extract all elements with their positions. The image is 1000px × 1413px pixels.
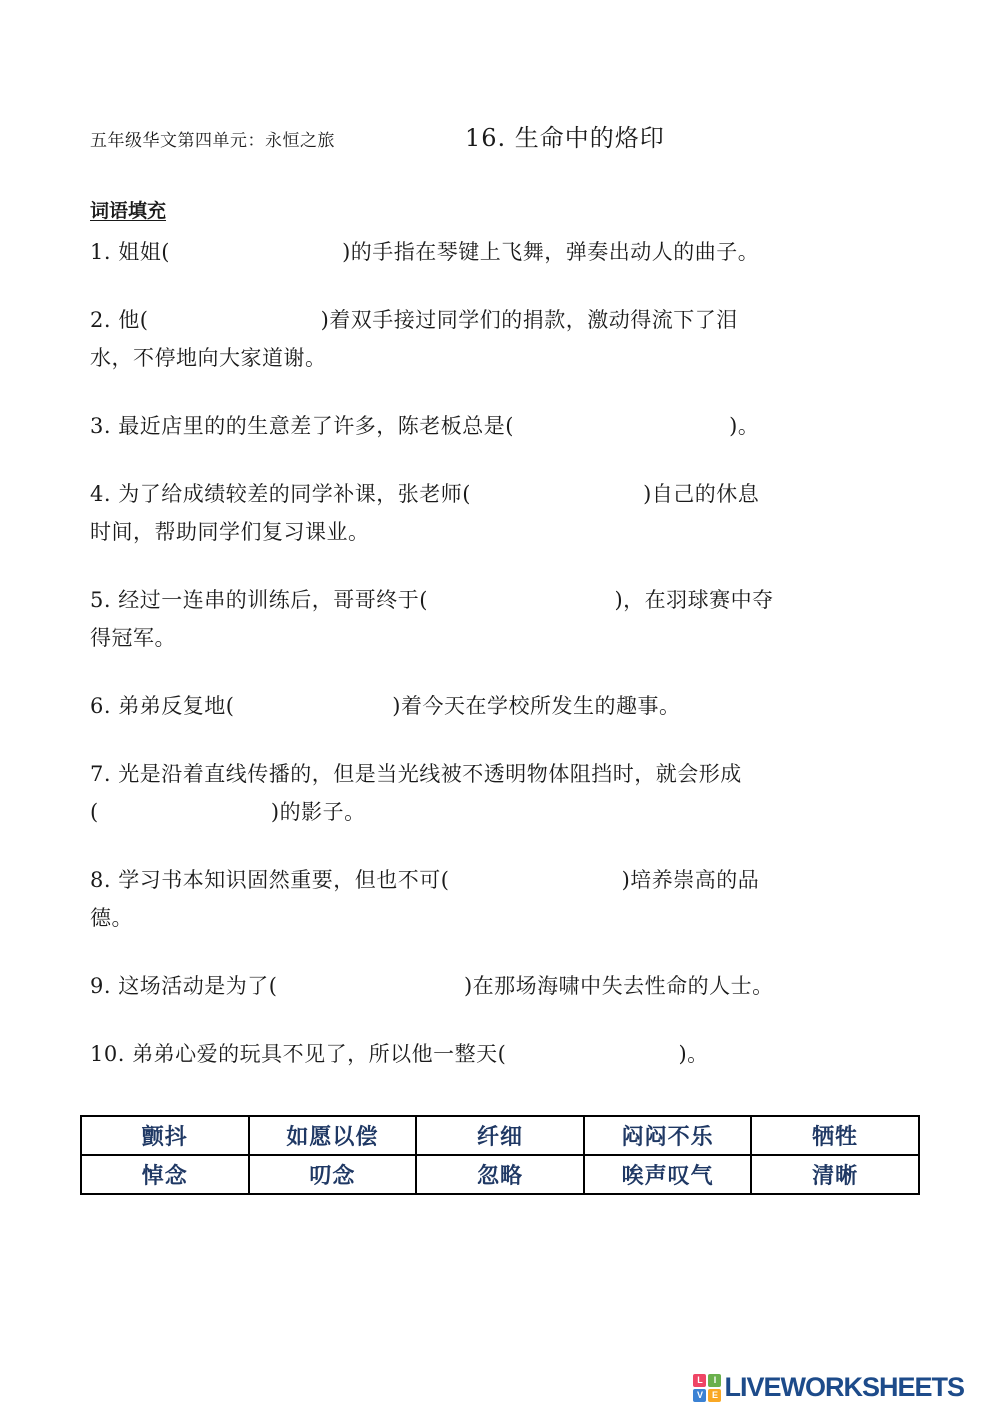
doc-header: 五年级华文第四单元：永恒之旅 16. 生命中的烙印 — [90, 118, 920, 158]
word-bank-row-1: 颤抖 如愿以偿 纤细 闷闷不乐 牺牲 — [81, 1116, 919, 1155]
logo-tile-l: L — [693, 1374, 706, 1387]
section-heading: 词语填充 — [90, 196, 166, 223]
word-bank-cell: 颤抖 — [81, 1116, 249, 1155]
word-bank-table: 颤抖 如愿以偿 纤细 闷闷不乐 牺牲 悼念 叨念 忽略 唉声叹气 清晰 — [80, 1115, 920, 1195]
course-info: 五年级华文第四单元：永恒之旅 — [90, 126, 465, 151]
lesson-title: 16. 生命中的烙印 — [465, 118, 665, 153]
word-bank-cell: 悼念 — [81, 1155, 249, 1194]
question-4: 4. 为了给成绩较差的同学补课，张老师( )自己的休息 时间，帮助同学们复习课业… — [90, 475, 920, 551]
word-bank-cell: 叨念 — [249, 1155, 417, 1194]
question-8: 8. 学习书本知识固然重要，但也不可( )培养崇高的品 德。 — [90, 861, 920, 937]
worksheet-page: 五年级华文第四单元：永恒之旅 16. 生命中的烙印 词语填充 1. 姐姐( )的… — [0, 0, 1000, 1195]
question-9: 9. 这场活动是为了( )在那场海啸中失去性命的人士。 — [90, 967, 920, 1005]
word-bank-cell: 如愿以偿 — [249, 1116, 417, 1155]
logo-tile-i: I — [708, 1374, 721, 1387]
question-2: 2. 他( )着双手接过同学们的捐款，激动得流下了泪 水，不停地向大家道谢。 — [90, 301, 920, 377]
word-bank-cell: 清晰 — [751, 1155, 919, 1194]
word-bank-row-2: 悼念 叨念 忽略 唉声叹气 清晰 — [81, 1155, 919, 1194]
question-6: 6. 弟弟反复地( )着今天在学校所发生的趣事。 — [90, 687, 920, 725]
section-heading-row: 词语填充 — [90, 158, 920, 233]
question-3: 3. 最近店里的的生意差了许多，陈老板总是( )。 — [90, 407, 920, 445]
liveworksheets-icon: L I V E — [693, 1374, 721, 1402]
question-list: 1. 姐姐( )的手指在琴键上飞舞，弹奏出动人的曲子。 2. 他( )着双手接过… — [90, 233, 920, 1073]
liveworksheets-logo[interactable]: L I V E LIVEWORKSHEETS — [693, 1372, 964, 1403]
word-bank-cell: 牺牲 — [751, 1116, 919, 1155]
question-5: 5. 经过一连串的训练后，哥哥终于( )，在羽球赛中夺 得冠军。 — [90, 581, 920, 657]
logo-tile-v: V — [693, 1389, 706, 1402]
word-bank-cell: 唉声叹气 — [584, 1155, 752, 1194]
question-10: 10. 弟弟心爱的玩具不见了，所以他一整天( )。 — [90, 1035, 920, 1073]
word-bank-cell: 纤细 — [416, 1116, 584, 1155]
word-bank-cell: 闷闷不乐 — [584, 1116, 752, 1155]
liveworksheets-wordmark: LIVEWORKSHEETS — [724, 1372, 964, 1403]
word-bank-cell: 忽略 — [416, 1155, 584, 1194]
logo-tile-e: E — [708, 1389, 721, 1402]
question-1: 1. 姐姐( )的手指在琴键上飞舞，弹奏出动人的曲子。 — [90, 233, 920, 271]
question-7: 7. 光是沿着直线传播的，但是当光线被不透明物体阻挡时，就会形成 ( )的影子。 — [90, 755, 920, 831]
